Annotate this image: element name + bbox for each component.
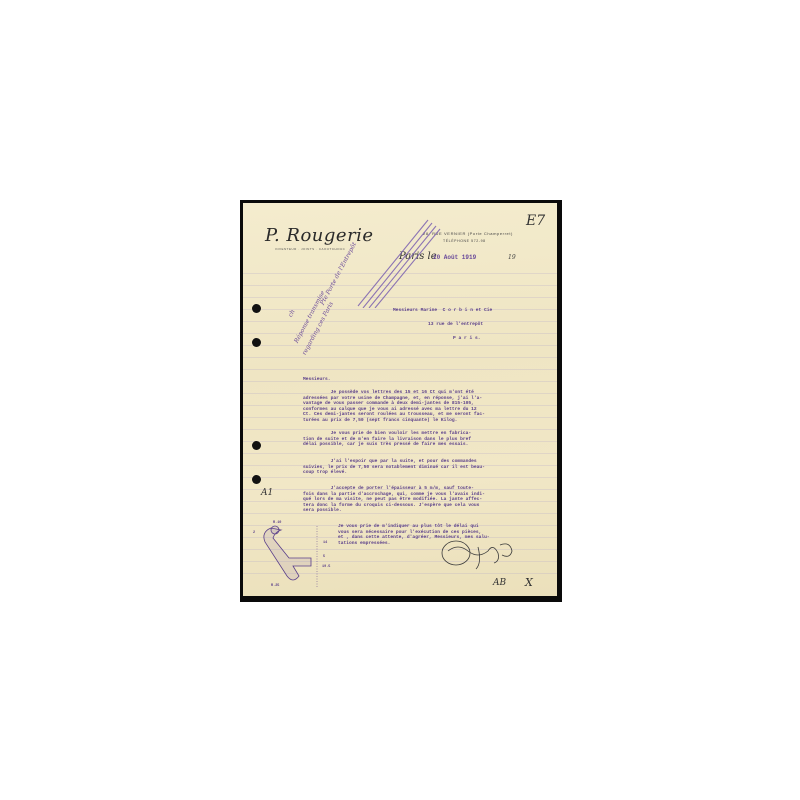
- letter-page: P. Rougerie INVENTEUR · JOINTS · CAOUTCH…: [243, 203, 557, 596]
- corner-handwritten-mark: E7: [526, 213, 545, 229]
- signature: [438, 533, 518, 573]
- punch-hole: [252, 304, 261, 313]
- left-margin-initials: A1: [261, 488, 273, 498]
- rim-profile-sketch: [253, 518, 338, 593]
- salutation: Messieurs.: [303, 377, 331, 383]
- handwritten-note: ch: [287, 309, 297, 319]
- company-telephone: TÉLÉPHONE 572-98: [443, 239, 486, 243]
- recipient-street: 13 rue de l'entrepôt: [428, 322, 483, 328]
- body-paragraph: Je possède vos lettres des 15 et 16 Ct q…: [303, 390, 485, 424]
- sketch-label: R.10: [273, 521, 281, 527]
- recipient-name: Messieurs Marine C o r b i n et Cie: [393, 308, 492, 314]
- sketch-label: 2: [253, 531, 255, 537]
- punch-hole: [252, 441, 261, 450]
- punch-hole: [252, 338, 261, 347]
- sketch-label: 5: [323, 555, 325, 561]
- sketch-label: 19.5: [322, 565, 330, 571]
- sketch-label: R.25: [271, 584, 279, 590]
- punch-hole: [252, 475, 261, 484]
- body-paragraph: J'ai l'espoir que par la suite, et pour …: [303, 459, 485, 476]
- body-paragraph: J'accepte de porter l'épaisseur à 5 m/m,…: [303, 486, 485, 514]
- body-paragraph: Je vous prie de bien vouloir les mettre …: [303, 431, 471, 448]
- dateline-suffix: 19: [508, 254, 516, 261]
- sketch-label: 14: [323, 541, 327, 547]
- recipient-city: P a r i s.: [453, 336, 481, 342]
- bottom-initials: AB: [493, 578, 506, 588]
- bottom-cross-mark: X: [525, 576, 533, 589]
